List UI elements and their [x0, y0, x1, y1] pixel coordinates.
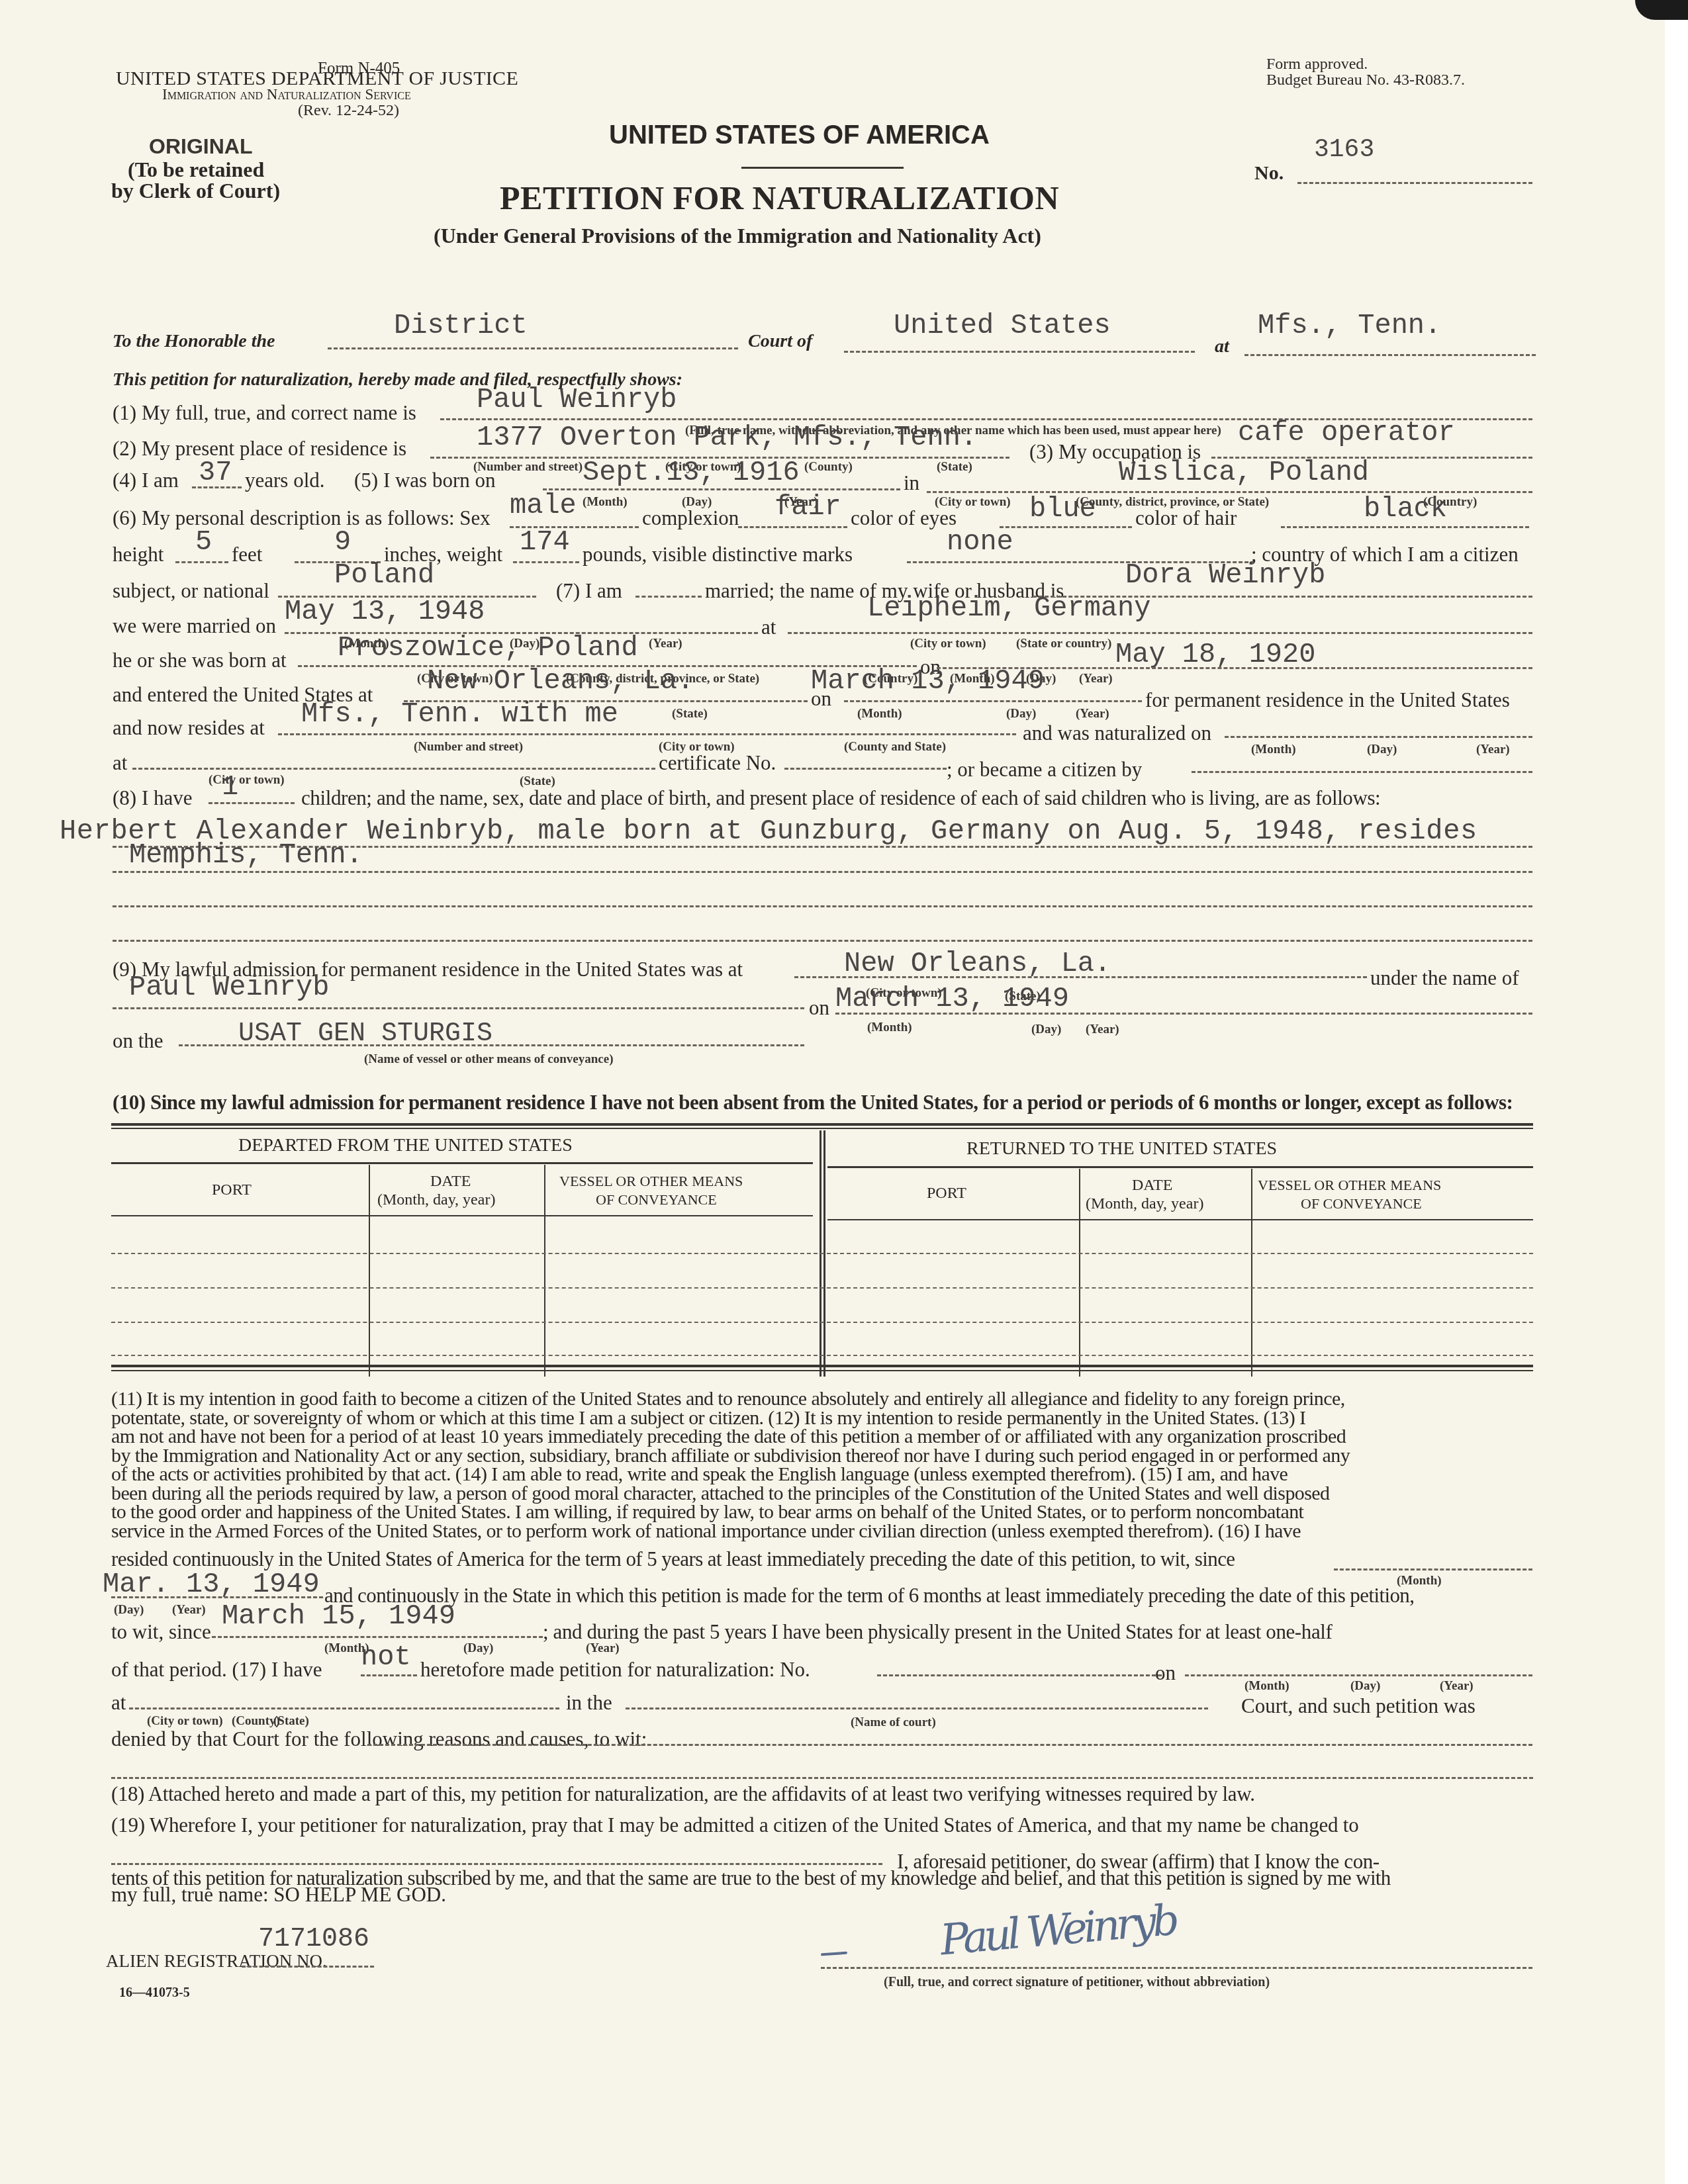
service: Immigration and Naturalization Service: [162, 86, 411, 103]
caption-city-12: (City or town): [147, 1714, 223, 1729]
became-citizen-label: ; or became a citizen by: [947, 758, 1142, 782]
height-feet-line: [175, 561, 228, 563]
caption-county-12: (County): [232, 1714, 280, 1729]
state-since-line: [212, 1636, 543, 1638]
table-row[interactable]: [111, 1253, 1533, 1254]
spouse-name-field[interactable]: Dora Weinryb: [1125, 559, 1325, 591]
caption-year-3: (Year): [1079, 672, 1113, 686]
caption-year-9: (Year): [172, 1603, 206, 1617]
prior-petition-line: [361, 1674, 417, 1676]
signature-caption: (Full, true, and correct signature of pe…: [884, 1975, 1270, 1990]
departed-title: DEPARTED FROM THE UNITED STATES: [238, 1135, 573, 1156]
child-line-2[interactable]: Memphis, Tenn.: [129, 839, 363, 871]
denied-label: denied by that Court for the following r…: [111, 1727, 647, 1751]
table-top-rule: [111, 1123, 1533, 1126]
years-old-label: years old.: [245, 469, 325, 492]
weight-field[interactable]: 174: [520, 526, 570, 558]
returned-title: RETURNED TO THE UNITED STATES: [966, 1138, 1277, 1160]
q1-label: (1) My full, true, and correct name is: [113, 401, 416, 425]
prior-at-line: [129, 1707, 559, 1709]
caption-state-12: (State): [273, 1714, 309, 1729]
alien-registration-line: [242, 1966, 374, 1968]
table-row[interactable]: [111, 1322, 1533, 1323]
entered-date-field[interactable]: March 13, 1949: [811, 665, 1045, 697]
admission-on-label: on: [809, 996, 829, 1020]
married-on-label: we were married on: [113, 614, 276, 638]
caption-day-8: (Day): [1031, 1023, 1061, 1037]
table-row[interactable]: [111, 1287, 1533, 1289]
prior-on-label: on: [1155, 1661, 1176, 1685]
caption-year-10: (Year): [586, 1641, 620, 1656]
caption-month-5: (Month): [1251, 743, 1296, 757]
to-honorable-label: To the Honorable the: [113, 331, 275, 352]
form-approved: Form approved.: [1266, 56, 1368, 73]
hair-line: [1281, 526, 1529, 528]
q8-label: (8) I have: [113, 786, 193, 810]
caption-month-4: (Month): [857, 707, 902, 721]
declarations-block: (11) It is my intention in good faith to…: [111, 1390, 1533, 1541]
spouse-birth-date-field[interactable]: May 18, 1920: [1115, 639, 1315, 670]
naturalized-label: and was naturalized on: [1023, 721, 1211, 745]
child-line-2-rule: [113, 871, 1532, 873]
court-type-field[interactable]: District: [394, 310, 528, 341]
table-top-rule-2: [111, 1128, 1533, 1129]
in-the-label: in the: [566, 1691, 612, 1715]
marks-label: pounds, visible distinctive marks: [583, 543, 853, 567]
marks-field[interactable]: none: [947, 526, 1013, 558]
complexion-line: [738, 526, 847, 528]
returned-vessel-subheader: OF CONVEYANCE: [1301, 1195, 1422, 1212]
resides-label: and now resides at: [113, 716, 265, 740]
returned-col-divider-2: [1251, 1169, 1252, 1377]
naturalized-line: [1225, 736, 1532, 738]
declaration-line: (11) It is my intention in good faith to…: [111, 1390, 1533, 1409]
admission-date-field[interactable]: March 13, 1949: [835, 983, 1069, 1015]
caption-name-of-court: (Name of court): [851, 1715, 936, 1730]
caption-year-11: (Year): [1440, 1679, 1474, 1694]
heretofore-label: heretofore made petition for naturalizat…: [420, 1658, 810, 1682]
table-row[interactable]: [111, 1355, 1533, 1356]
admission-place-field[interactable]: New Orleans, La.: [844, 948, 1111, 979]
weight-line: [513, 561, 579, 563]
married-place-field[interactable]: Leipheim, Germany: [867, 592, 1150, 624]
prior-petition-field[interactable]: not: [361, 1641, 411, 1673]
q10-label: (10) Since my lawful admission for perma…: [113, 1091, 1513, 1115]
court-name-line: [844, 351, 1195, 353]
certificate-label: certificate No.: [659, 751, 776, 775]
caption-year-5: (Year): [1476, 743, 1510, 757]
caption-month-8: (Month): [867, 1021, 912, 1035]
returned-date-header: DATE: [1132, 1177, 1172, 1195]
residence-field[interactable]: 1377 Overton Park, Mfs., Tenn.: [477, 422, 977, 453]
spouse-residence-line: [278, 733, 1016, 735]
declaration-line: by the Immigration and Nationality Act o…: [111, 1447, 1533, 1466]
caption-state-4: (State): [672, 707, 708, 721]
denied-reasons-line-2: [111, 1777, 1533, 1779]
returned-port-header: PORT: [927, 1185, 966, 1203]
declaration-line: service in the Armed Forces of the Unite…: [111, 1522, 1533, 1541]
occupation-field[interactable]: cafe operator: [1238, 417, 1455, 449]
caption-county-state: (County and State): [844, 740, 946, 754]
marital-line: [635, 596, 702, 598]
heading-rule: [741, 167, 904, 169]
q18-text: (18) Attached hereto and made a part of …: [111, 1782, 1255, 1806]
entered-date-line: [844, 700, 1142, 702]
court-of-label: Court of: [748, 331, 812, 352]
birth-place-field[interactable]: Wislica, Poland: [1119, 457, 1369, 488]
caption-year-4: (Year): [1076, 707, 1109, 721]
resided-since-line: [111, 1596, 323, 1598]
age-field[interactable]: 37: [199, 457, 232, 488]
q4-label: (4) I am: [113, 469, 179, 492]
certificate-line: [784, 768, 947, 770]
admission-place-line: [794, 976, 1367, 978]
q2-label: (2) My present place of residence is: [113, 437, 406, 461]
caption-city-2: (City or town): [910, 637, 986, 651]
birth-date-line: [543, 488, 900, 490]
original-label: ORIGINAL: [149, 134, 252, 159]
declaration-line: am not and have not been for a period of…: [111, 1428, 1533, 1447]
departed-header-rule: [111, 1215, 813, 1216]
caption-month-11: (Month): [1244, 1679, 1289, 1694]
caption-state: (State): [937, 460, 972, 475]
caption-county: (County): [804, 460, 853, 475]
q6-label: (6) My personal description is as follow…: [113, 506, 491, 530]
nationality-field[interactable]: Poland: [334, 559, 434, 591]
child-line-3-rule: [113, 905, 1532, 907]
prior-at-label: at: [111, 1691, 126, 1715]
prior-date-line: [1185, 1674, 1532, 1676]
departed-col-divider-2: [544, 1165, 545, 1377]
physically-present-label: ; and during the past 5 years I have bee…: [543, 1620, 1332, 1644]
court-type-line: [328, 347, 738, 349]
resided-since-field[interactable]: Mar. 13, 1949: [103, 1569, 320, 1600]
returned-title-rule: [827, 1166, 1533, 1168]
complexion-label: complexion: [642, 506, 739, 530]
feet-label: feet: [232, 543, 262, 567]
hair-label: color of hair: [1135, 506, 1237, 530]
caption-day-5: (Day): [1367, 743, 1397, 757]
petition-no-label: No.: [1254, 162, 1284, 185]
court-location-field[interactable]: Mfs., Tenn.: [1258, 310, 1441, 341]
departed-vessel-header: VESSEL OR OTHER MEANS: [559, 1173, 743, 1190]
revision: (Rev. 12-24-52): [298, 102, 399, 120]
to-wit-label: to wit, since: [111, 1620, 211, 1644]
caption-number-street-5: (Number and street): [414, 740, 523, 754]
q5-label: (5) I was born on: [354, 469, 496, 492]
complexion-field[interactable]: fair: [774, 491, 841, 523]
in-label: in: [904, 471, 919, 495]
child-line-4-rule: [113, 940, 1532, 942]
departed-vessel-subheader: OF CONVEYANCE: [596, 1191, 717, 1208]
table-bottom-rule-2: [111, 1370, 1533, 1371]
denied-reasons-line: [367, 1744, 1532, 1746]
eyes-label: color of eyes: [851, 506, 957, 530]
court-such-label: Court, and such petition was: [1241, 1694, 1476, 1718]
caption-year-8: (Year): [1086, 1023, 1119, 1037]
page-title: PETITION FOR NATURALIZATION: [500, 179, 1059, 217]
declaration-line: been during all the periods required by …: [111, 1484, 1533, 1504]
declaration-line: of the acts or activities prohibited by …: [111, 1465, 1533, 1484]
admission-name-line: [113, 1007, 804, 1009]
court-location-line: [1244, 354, 1536, 356]
state-since-field[interactable]: March 15, 1949: [222, 1600, 455, 1632]
admission-date-line: [835, 1013, 1532, 1015]
returned-vessel-header: VESSEL OR OTHER MEANS: [1258, 1177, 1441, 1194]
period-label: of that period. (17) I have: [111, 1658, 322, 1682]
height-label: height: [113, 543, 164, 567]
entered-place-field[interactable]: New Orleans, La.: [427, 665, 694, 697]
height-feet-field[interactable]: 5: [195, 526, 212, 558]
declaration-line: potentate, state, or sovereignty of whom…: [111, 1409, 1533, 1428]
departed-date-subheader: (Month, day, year): [377, 1191, 495, 1209]
court-name-field[interactable]: United States: [894, 310, 1111, 341]
retained-line-2: by Clerk of Court): [111, 179, 280, 203]
caption-year-2: (Year): [649, 637, 682, 651]
print-code: 16—41073-5: [119, 1985, 190, 2001]
caption-day-4: (Day): [1006, 707, 1036, 721]
became-citizen-line: [1192, 771, 1532, 773]
caption-day-10: (Day): [463, 1641, 493, 1656]
petition-no-line: [1297, 182, 1532, 184]
married-at-label: at: [761, 615, 776, 639]
signature-line: [821, 1967, 1532, 1969]
returned-col-divider-1: [1079, 1169, 1080, 1377]
at-label: at: [1215, 336, 1229, 357]
married-place-line: [788, 632, 1532, 634]
resided-label: resided continuously in the United State…: [111, 1547, 1235, 1571]
children-count-field[interactable]: 1: [222, 771, 238, 803]
country-heading: UNITED STATES OF AMERICA: [609, 120, 990, 150]
swear-text-3: my full, true name: SO HELP ME GOD.: [111, 1883, 446, 1907]
married-date-field[interactable]: May 13, 1948: [285, 596, 485, 627]
spouse-birthplace-field[interactable]: Proszowice, Poland: [338, 632, 638, 664]
declaration-line: to the good order and happiness of the U…: [111, 1503, 1533, 1522]
departed-col-divider-1: [369, 1165, 370, 1377]
under-name-label: under the name of: [1370, 966, 1519, 990]
departed-title-rule: [111, 1162, 813, 1164]
q19-text: (19) Wherefore I, your petitioner for na…: [111, 1813, 1359, 1837]
caption-state-country: (State or country): [1016, 637, 1111, 651]
age-line: [192, 486, 242, 488]
resided-month-line: [1334, 1569, 1532, 1570]
sex-field[interactable]: male: [510, 490, 577, 522]
height-inches-field[interactable]: 9: [334, 526, 351, 558]
naturalized-at-line: [132, 768, 655, 770]
on-the-label: on the: [113, 1029, 164, 1053]
caption-day-11: (Day): [1350, 1679, 1380, 1694]
subject-label: subject, or national: [113, 579, 269, 603]
admission-name-field[interactable]: Paul Weinryb: [129, 972, 329, 1003]
full-name-field[interactable]: Paul Weinryb: [477, 384, 677, 416]
vessel-line: [179, 1044, 804, 1046]
prior-court-line: [626, 1707, 1208, 1709]
naturalized-at-label: at: [113, 751, 127, 775]
departed-date-header: DATE: [430, 1173, 471, 1191]
q7-label: (7) I am: [556, 579, 622, 603]
eyes-line: [1000, 526, 1132, 528]
eyes-field[interactable]: blue: [1029, 493, 1096, 525]
spouse-residence-field[interactable]: Mfs., Tenn. with me: [301, 698, 618, 730]
children-count-line: [209, 802, 295, 804]
budget-bureau: Budget Bureau No. 43-R083.7.: [1266, 71, 1465, 89]
spouse-born-label: he or she was born at: [113, 649, 287, 672]
returned-header-rule: [827, 1219, 1533, 1220]
permanent-label: for permanent residence in the United St…: [1145, 688, 1510, 712]
caption-vessel: (Name of vessel or other means of convey…: [364, 1052, 614, 1067]
returned-date-subheader: (Month, day, year): [1086, 1195, 1203, 1213]
page-subtitle: (Under General Provisions of the Immigra…: [434, 224, 1041, 248]
caption-city-6: (City or town): [209, 773, 285, 788]
children-label: children; and the name, sex, date and pl…: [301, 786, 1380, 810]
birth-date-field[interactable]: Sept.13, 1916: [583, 457, 800, 488]
alien-registration-number[interactable]: 7171086: [258, 1925, 369, 1954]
departed-port-header: PORT: [212, 1181, 252, 1199]
scan-background: [1665, 0, 1688, 2184]
petition-number[interactable]: 3163: [1314, 136, 1374, 164]
state-residence-label: and continuously in the State in which t…: [324, 1584, 1414, 1608]
hair-field[interactable]: black: [1364, 493, 1447, 525]
table-bottom-rule: [111, 1365, 1533, 1367]
prior-petition-no-line: [877, 1674, 1162, 1676]
caption-day-9: (Day): [114, 1603, 144, 1617]
new-name-line: [111, 1863, 882, 1865]
caption-month: (Month): [583, 495, 628, 510]
